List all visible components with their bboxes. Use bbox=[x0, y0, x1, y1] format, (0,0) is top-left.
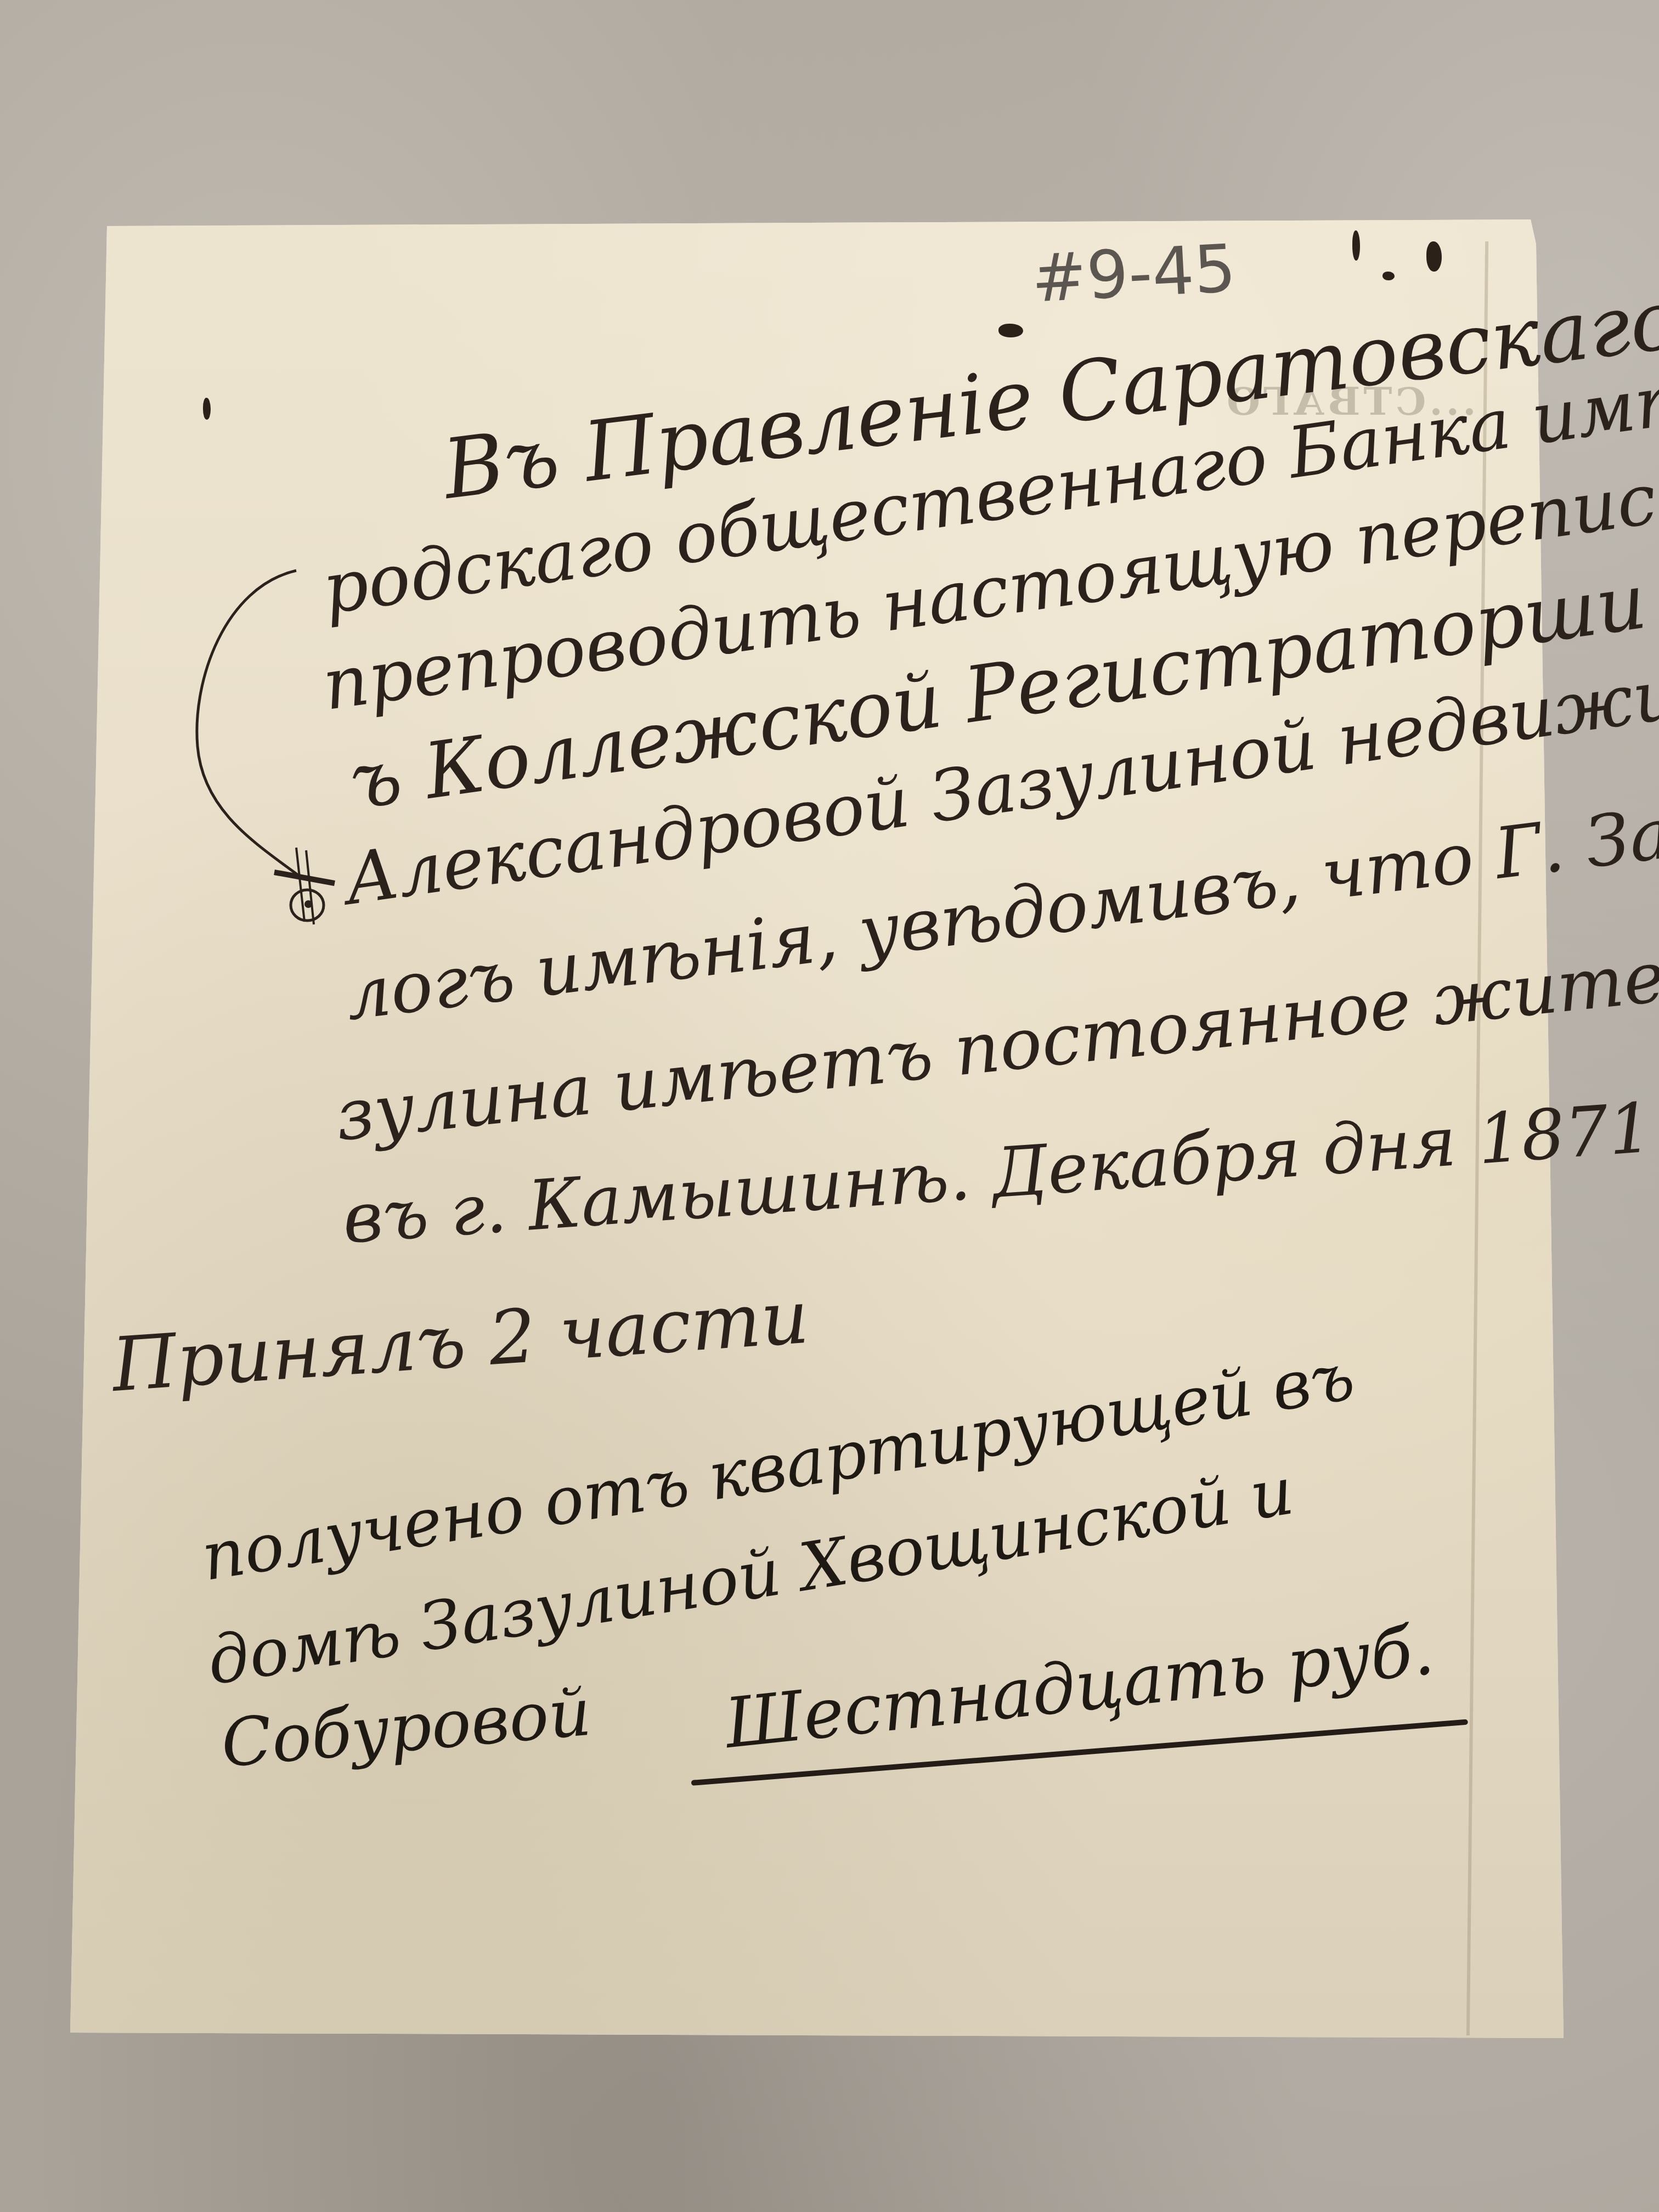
archive-number: #9-45 bbox=[1030, 230, 1238, 317]
ink-blot bbox=[998, 324, 1023, 337]
ink-blot bbox=[203, 398, 211, 420]
ink-blot bbox=[1383, 272, 1395, 280]
ink-blot bbox=[1426, 241, 1442, 272]
ink-blot bbox=[1352, 230, 1360, 261]
